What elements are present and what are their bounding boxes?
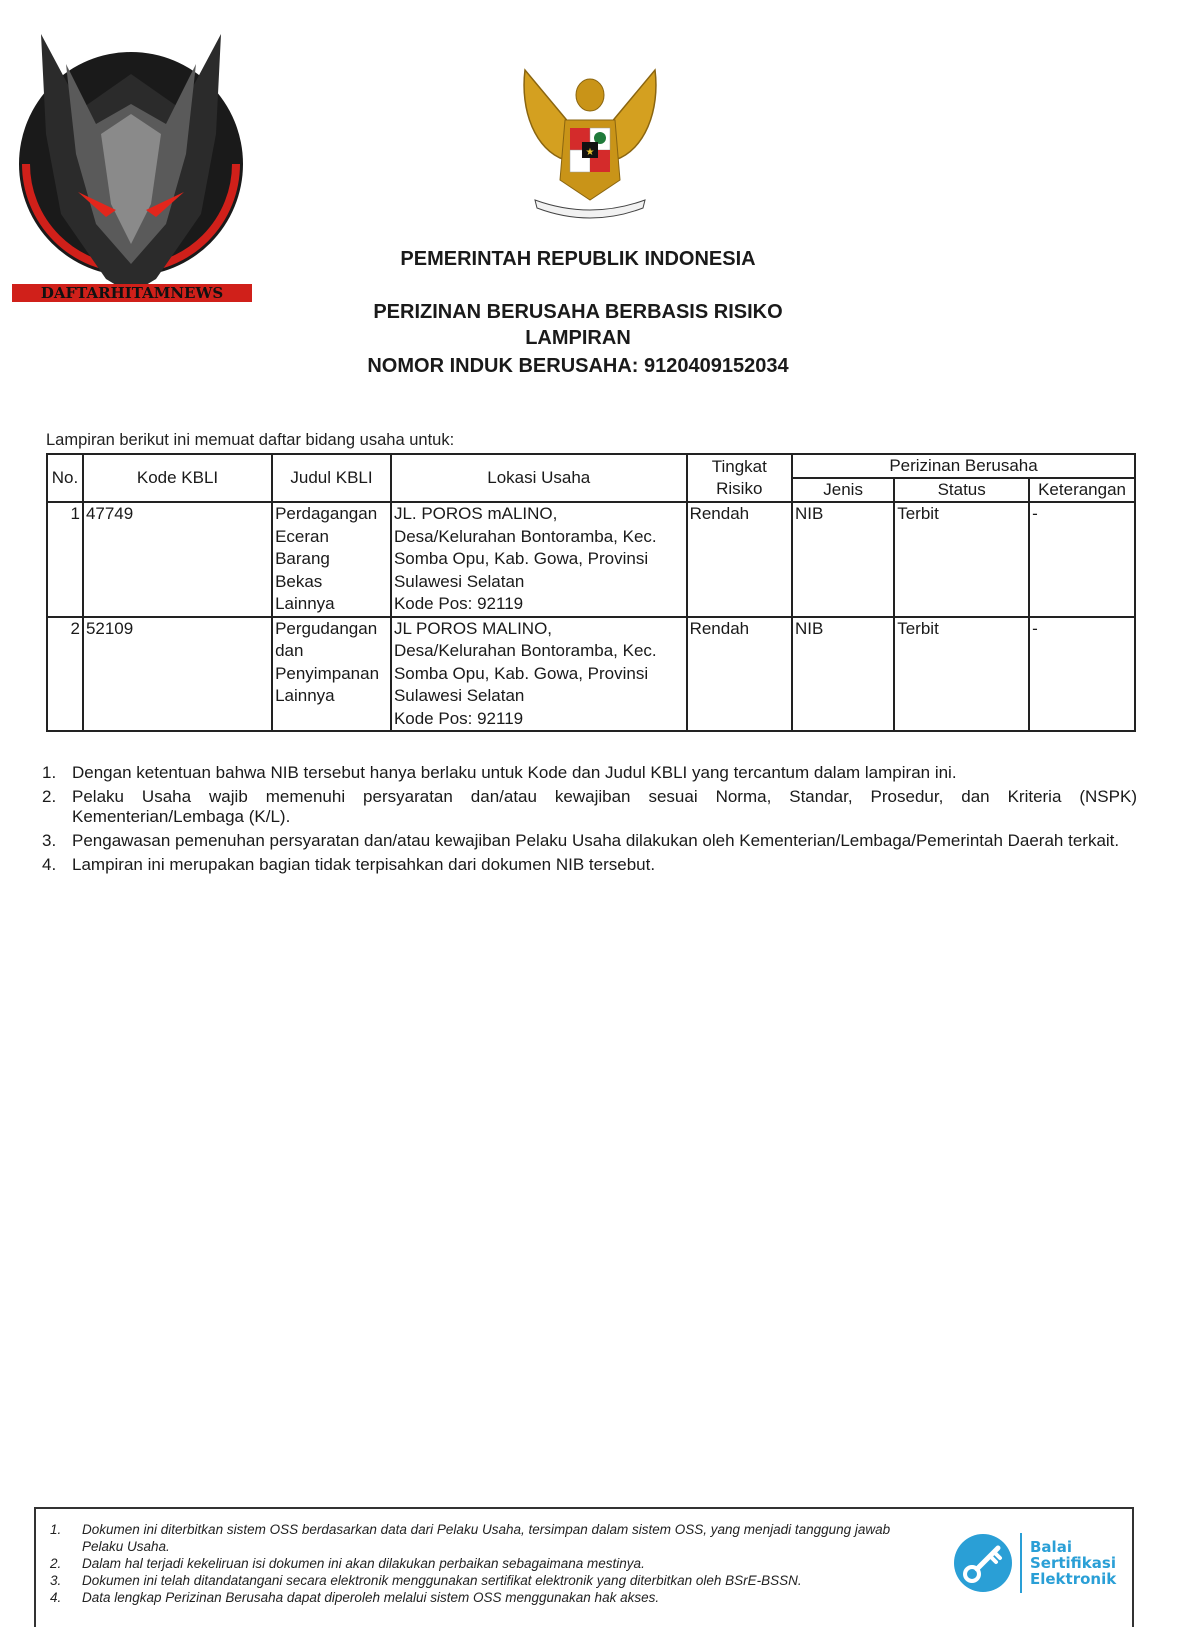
bsre-divider: [1020, 1533, 1022, 1593]
judul-line: Eceran: [275, 526, 388, 549]
note-text: Dengan ketentuan bahwa NIB tersebut hany…: [72, 763, 1137, 783]
cell-kode-kbli: 47749: [83, 502, 272, 617]
footer-note-item: 4.Data lengkap Perizinan Berusaha dapat …: [50, 1589, 910, 1606]
lokasi-line: Desa/Kelurahan Bontoramba, Kec.: [394, 526, 684, 549]
lokasi-line: Kode Pos: 92119: [394, 593, 684, 616]
cell-jenis: NIB: [792, 617, 894, 732]
header-judul-kbli: Judul KBLI: [272, 454, 391, 502]
note-number: 2.: [42, 787, 72, 827]
judul-line: Barang: [275, 548, 388, 571]
document-title: PERIZINAN BERUSAHA BERBASIS RISIKO: [178, 301, 978, 324]
lokasi-line: Desa/Kelurahan Bontoramba, Kec.: [394, 640, 684, 663]
header-tingkat-line2: Risiko: [716, 479, 762, 498]
cell-judul-kbli: PerdaganganEceranBarangBekasLainnya: [272, 502, 391, 617]
note-text: Dokumen ini telah ditandatangani secara …: [82, 1572, 802, 1589]
svg-text:★: ★: [586, 147, 595, 158]
garuda-emblem: ★: [515, 50, 665, 220]
note-item: 4.Lampiran ini merupakan bagian tidak te…: [42, 855, 1137, 875]
header-lokasi-usaha: Lokasi Usaha: [391, 454, 687, 502]
cell-status: Terbit: [894, 617, 1029, 732]
bsre-logo: Balai Sertifikasi Elektronik: [954, 1527, 1124, 1599]
government-heading: PEMERINTAH REPUBLIK INDONESIA: [178, 248, 978, 271]
bsre-text: Balai Sertifikasi Elektronik: [1030, 1539, 1116, 1587]
cell-kode-kbli: 52109: [83, 617, 272, 732]
header-perizinan-berusaha: Perizinan Berusaha: [792, 454, 1135, 478]
judul-line: dan: [275, 640, 388, 663]
key-icon: [954, 1534, 1012, 1592]
table-row: 252109PergudangandanPenyimpananLainnyaJL…: [47, 617, 1135, 732]
header-status: Status: [894, 478, 1029, 502]
bsre-line3: Elektronik: [1030, 1571, 1116, 1587]
note-number: 4.: [50, 1589, 82, 1606]
cell-tingkat-risiko: Rendah: [687, 502, 792, 617]
note-number: 3.: [42, 831, 72, 851]
lokasi-line: JL. POROS mALINO,: [394, 503, 684, 526]
note-text: Dokumen ini diterbitkan sistem OSS berda…: [82, 1521, 910, 1555]
document-subtitle: LAMPIRAN: [178, 327, 978, 350]
judul-line: Bekas: [275, 571, 388, 594]
footer-note-item: 3.Dokumen ini telah ditandatangani secar…: [50, 1572, 910, 1589]
note-number: 1.: [42, 763, 72, 783]
kbli-table: No. Kode KBLI Judul KBLI Lokasi Usaha Ti…: [46, 453, 1136, 732]
note-number: 2.: [50, 1555, 82, 1572]
note-text: Pelaku Usaha wajib memenuhi persyaratan …: [72, 787, 1137, 827]
footer-note-item: 1.Dokumen ini diterbitkan sistem OSS ber…: [50, 1521, 910, 1555]
footer-notes-list: 1.Dokumen ini diterbitkan sistem OSS ber…: [50, 1521, 910, 1606]
lokasi-line: Kode Pos: 92119: [394, 708, 684, 731]
bsre-line1: Balai: [1030, 1539, 1116, 1555]
cell-lokasi-usaha: JL POROS MALINO,Desa/Kelurahan Bontoramb…: [391, 617, 687, 732]
nib-number: NOMOR INDUK BERUSAHA: 9120409152034: [178, 355, 978, 378]
judul-line: Lainnya: [275, 593, 388, 616]
note-text: Data lengkap Perizinan Berusaha dapat di…: [82, 1589, 659, 1606]
cell-no: 2: [47, 617, 83, 732]
lokasi-line: JL POROS MALINO,: [394, 618, 684, 641]
judul-line: Penyimpanan: [275, 663, 388, 686]
intro-text: Lampiran berikut ini memuat daftar bidan…: [46, 431, 454, 450]
cell-jenis: NIB: [792, 502, 894, 617]
note-text: Pengawasan pemenuhan persyaratan dan/ata…: [72, 831, 1137, 851]
note-item: 1.Dengan ketentuan bahwa NIB tersebut ha…: [42, 763, 1137, 783]
svg-text:DAFTARHITAMNEWS: DAFTARHITAMNEWS: [41, 284, 223, 302]
notes-list: 1.Dengan ketentuan bahwa NIB tersebut ha…: [42, 763, 1137, 879]
judul-line: Lainnya: [275, 685, 388, 708]
lokasi-line: Somba Opu, Kab. Gowa, Provinsi: [394, 548, 684, 571]
note-item: 3.Pengawasan pemenuhan persyaratan dan/a…: [42, 831, 1137, 851]
cell-tingkat-risiko: Rendah: [687, 617, 792, 732]
garuda-pancasila-icon: ★: [515, 50, 665, 220]
judul-line: Perdagangan: [275, 503, 388, 526]
header-jenis: Jenis: [792, 478, 894, 502]
footer-box: 1.Dokumen ini diterbitkan sistem OSS ber…: [34, 1507, 1134, 1627]
footer-note-item: 2.Dalam hal terjadi kekeliruan isi dokum…: [50, 1555, 910, 1572]
cell-status: Terbit: [894, 502, 1029, 617]
note-text: Dalam hal terjadi kekeliruan isi dokumen…: [82, 1555, 645, 1572]
judul-line: Pergudangan: [275, 618, 388, 641]
lokasi-line: Sulawesi Selatan: [394, 571, 684, 594]
table-row: 147749PerdaganganEceranBarangBekasLainny…: [47, 502, 1135, 617]
header-kode-kbli: Kode KBLI: [83, 454, 272, 502]
note-item: 2.Pelaku Usaha wajib memenuhi persyarata…: [42, 787, 1137, 827]
cell-keterangan: -: [1029, 617, 1135, 732]
cell-judul-kbli: PergudangandanPenyimpananLainnya: [272, 617, 391, 732]
note-number: 3.: [50, 1572, 82, 1589]
lokasi-line: Somba Opu, Kab. Gowa, Provinsi: [394, 663, 684, 686]
header-no: No.: [47, 454, 83, 502]
lokasi-line: Sulawesi Selatan: [394, 685, 684, 708]
header-keterangan: Keterangan: [1029, 478, 1135, 502]
header-tingkat-risiko: Tingkat Risiko: [687, 454, 792, 502]
cell-lokasi-usaha: JL. POROS mALINO,Desa/Kelurahan Bontoram…: [391, 502, 687, 617]
note-text: Lampiran ini merupakan bagian tidak terp…: [72, 855, 1137, 875]
header-tingkat-line1: Tingkat: [712, 457, 767, 476]
note-number: 1.: [50, 1521, 82, 1555]
cell-no: 1: [47, 502, 83, 617]
cell-keterangan: -: [1029, 502, 1135, 617]
note-number: 4.: [42, 855, 72, 875]
bsre-line2: Sertifikasi: [1030, 1555, 1116, 1571]
